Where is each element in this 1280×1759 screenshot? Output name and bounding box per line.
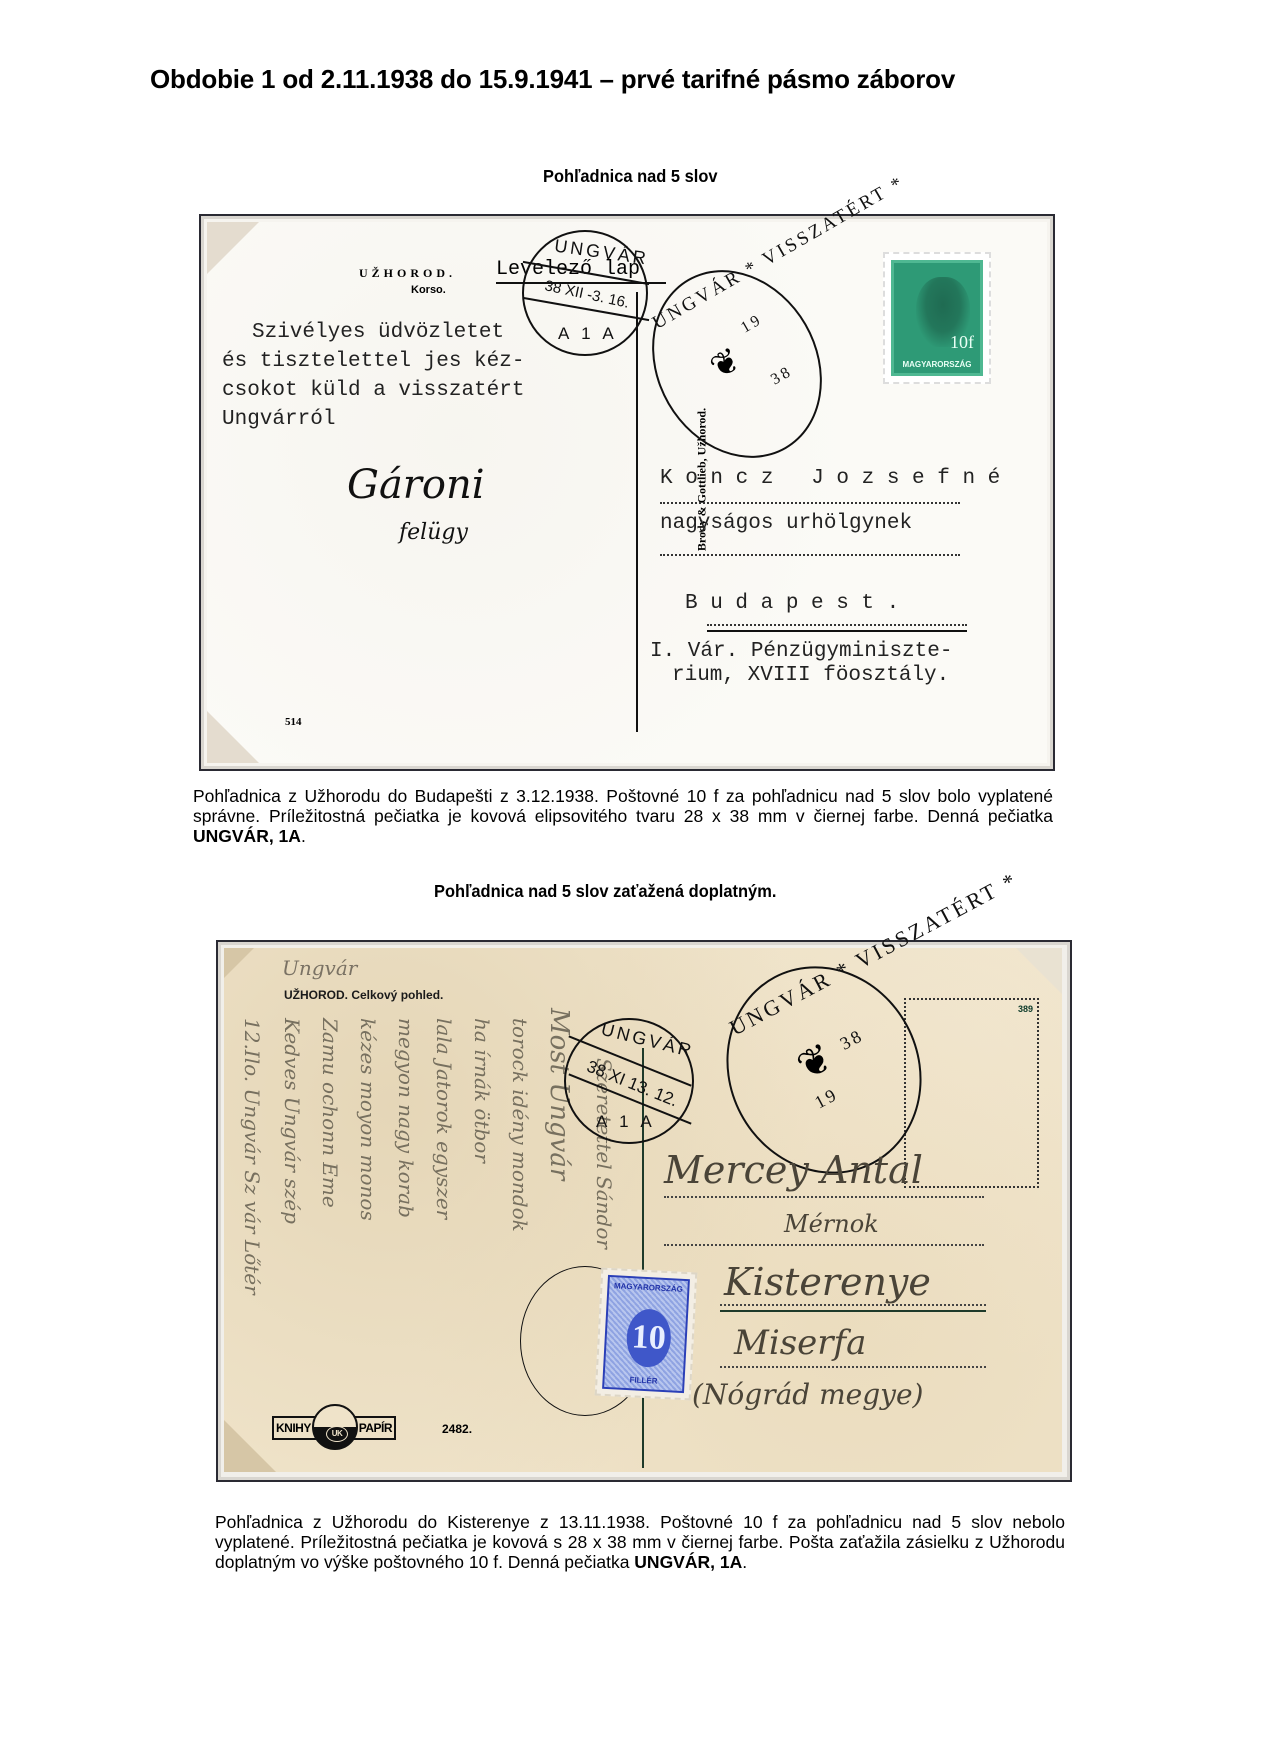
address-name: Mercey Antal (664, 1148, 923, 1192)
church-icon: UK (312, 1404, 358, 1450)
printed-city: UŽHOROD. (359, 266, 456, 281)
commemorative-cancel: UNGVÁR * VISSZATÉRT * 19 38 ❦ (619, 239, 856, 489)
postmark-date: 38 XI 13. 12. (584, 1057, 681, 1112)
commemorative-year-left: 19 (738, 311, 766, 338)
stamp-country: MAGYARORSZÁG (609, 1281, 687, 1294)
postage-due-stamp: MAGYARORSZÁG 10 FILLÉR (595, 1268, 698, 1401)
postmark-date: 38 XII -3. 16. (543, 277, 631, 311)
caption-end: . (301, 826, 306, 846)
date-cancel-postmark: UNGVÁR 38 XI 13. 12. A 1 A (564, 1018, 694, 1144)
city-underline (707, 630, 967, 632)
card-number: 2482. (442, 1422, 472, 1436)
pencil-message-column: kézes moyon monos (356, 1018, 380, 1221)
postcard-2-image: Ungvár UŽHOROD. Celkový pohled. 12.Ilo. … (216, 940, 1072, 1482)
logo-right-text: PAPÍR (359, 1421, 392, 1435)
pencil-message-column: 12.Ilo. Ungvár Sz vár Lőtér (240, 1018, 264, 1295)
pencil-message-column: Zamu ochonn Eme (318, 1018, 342, 1208)
printed-subtitle: Korso. (411, 284, 446, 296)
printed-title: UŽHOROD. Celkový pohled. (284, 988, 443, 1002)
pencil-message-column: Kedves Ungvár szép (280, 1018, 304, 1224)
address-line (720, 1366, 986, 1368)
stamp-design: MAGYARORSZÁG 10 FILLÉR (602, 1275, 690, 1393)
logo-monogram: UK (326, 1426, 348, 1442)
address-line (720, 1304, 986, 1306)
address-line (664, 1244, 984, 1246)
address-line (660, 502, 960, 504)
postmark-town: UNGVÁR (553, 235, 650, 269)
stamp-value: 10 (625, 1308, 672, 1368)
photo-corner (207, 222, 259, 274)
photo-corner (224, 948, 254, 978)
stamp-placement-box: 389 (904, 998, 1039, 1188)
postcard-2: Ungvár UŽHOROD. Celkový pohled. 12.Ilo. … (224, 948, 1062, 1472)
message-line: Ungvárról (222, 405, 335, 434)
oak-leaf-icon: ❦ (789, 1034, 840, 1090)
address-line (664, 1196, 984, 1198)
postmark-office: A 1 A (596, 1112, 656, 1132)
address-line-1: I. Vár. Pénzügyminiszte- (650, 640, 952, 663)
stamp-box-number: 389 (1018, 1004, 1033, 1014)
photo-corner (1016, 948, 1062, 994)
postmark-office: A 1 A (558, 324, 618, 344)
stamp-unit: FILLÉR (604, 1374, 682, 1387)
postage-stamp: 10f MAGYARORSZÁG (883, 252, 991, 384)
address-title: Mérnok (784, 1210, 879, 1238)
address-name: K o n c z J o z s e f n é (660, 467, 1000, 490)
postcard-1: UŽHOROD. Korso. Levelező lap Szivélyes ü… (207, 222, 1047, 763)
section-heading-2: Pohľadnica nad 5 slov zaťažená doplatným… (434, 881, 776, 902)
address-line-2: rium, XVIII föosztály. (672, 664, 949, 687)
date-cancel-postmark: UNGVÁR 38 XII -3. 16. A 1 A (522, 230, 648, 356)
address-line (707, 624, 967, 626)
address-county: (Nógrád megye) (692, 1378, 923, 1411)
message-line: Szivélyes üdvözletet (252, 318, 504, 347)
publisher-logo: KNIHY PAPÍR UK (272, 1416, 396, 1440)
message-line: csokot küld a visszatért (222, 376, 524, 405)
city-underline (720, 1310, 986, 1312)
caption-bold: UNGVÁR, 1A (634, 1552, 742, 1572)
caption-bold: UNGVÁR, 1A (193, 826, 301, 846)
address-title: nagyságos urhölgynek (660, 512, 912, 535)
commemorative-year-right: 38 (837, 1025, 868, 1055)
caption-text: Pohľadnica z Užhorodu do Budapešti z 3.1… (193, 786, 1053, 826)
pencil-message-column: ha írnák ötbor (470, 1018, 494, 1163)
address-line (660, 554, 960, 556)
commemorative-text: UNGVÁR * VISSZATÉRT * (649, 172, 909, 335)
stamp-value: 10f (950, 332, 974, 353)
address-line: Miserfa (734, 1323, 866, 1363)
section-heading-1: Pohľadnica nad 5 slov (543, 166, 718, 187)
address-city: B u d a p e s t . (685, 592, 899, 615)
card-number: 514 (285, 716, 302, 728)
pencil-message-column: lala Jatorok egyszer (432, 1018, 456, 1219)
stamp-country: MAGYARORSZÁG (894, 360, 980, 369)
postcard-1-image: UŽHOROD. Korso. Levelező lap Szivélyes ü… (199, 214, 1055, 771)
address-city: Kisterenye (724, 1260, 931, 1304)
logo-left-text: KNIHY (276, 1421, 311, 1435)
photo-corner (224, 1420, 276, 1472)
signature: Gároni (347, 462, 485, 508)
commemorative-year-right: 38 (768, 363, 796, 390)
pencil-note: Ungvár (282, 956, 357, 980)
caption-2: Pohľadnica z Užhorodu do Kisterenye z 13… (215, 1512, 1065, 1572)
stamp-design: 10f MAGYARORSZÁG (891, 260, 983, 376)
page-title: Obdobie 1 od 2.11.1938 do 15.9.1941 – pr… (150, 64, 1110, 95)
caption-end: . (742, 1552, 747, 1572)
pencil-message-column: torock idény mondok (508, 1018, 532, 1232)
caption-1: Pohľadnica z Užhorodu do Budapešti z 3.1… (193, 786, 1053, 846)
commemorative-year-left: 19 (811, 1084, 842, 1114)
oak-leaf-icon: ❦ (703, 339, 748, 388)
signature-title: felügy (399, 520, 468, 545)
message-line: és tisztelettel jes kéz- (222, 347, 524, 376)
photo-corner (207, 711, 259, 763)
pencil-message-column: megyon nagy korab (394, 1018, 418, 1218)
divider-line (636, 292, 638, 732)
